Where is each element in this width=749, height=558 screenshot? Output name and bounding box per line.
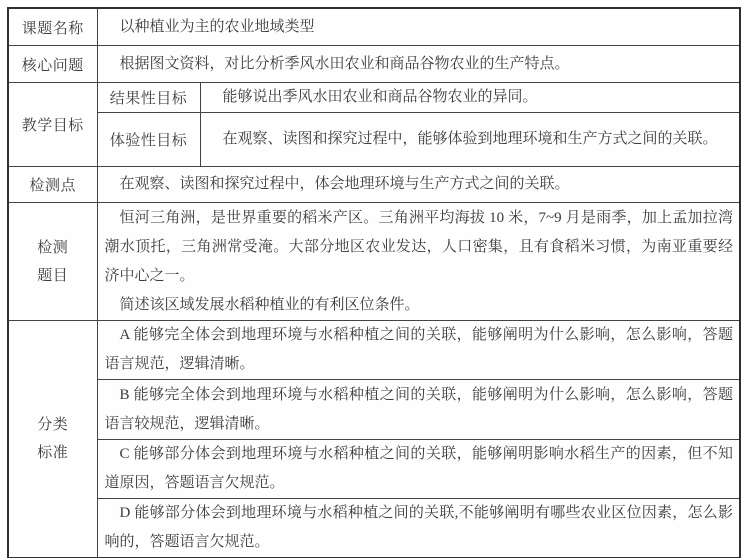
row-grade-c: C 能够部分体会到地理环境与水稻种植之间的关联，能够阐明影响水稻生产的因素，但不… bbox=[8, 440, 740, 499]
topic-content-cell: 以种植业为主的农业地域类型 bbox=[97, 8, 740, 46]
row-test-question: 检测 题目 恒河三角洲，是世界重要的稻米产区。三角洲平均海拔 10 米，7~9 … bbox=[8, 203, 740, 321]
grade-a-cell: A 能够完全体会到地理环境与水稻种植之间的关联，能够阐明为什么影响，怎么影响，答… bbox=[97, 321, 740, 380]
grading-label-line1: 分类 bbox=[11, 411, 95, 439]
outcome-goal-label: 结果性目标 bbox=[97, 83, 200, 113]
row-goal-experience: 体验性目标 在观察、读图和探究过程中，能够体验到地理环境和生产方式之间的关联。 bbox=[8, 113, 740, 167]
test-question-label: 检测 题目 bbox=[8, 203, 97, 321]
core-question-label: 核心问题 bbox=[8, 46, 97, 83]
row-topic: 课题名称 以种植业为主的农业地域类型 bbox=[8, 8, 740, 46]
check-point-label: 检测点 bbox=[8, 167, 97, 203]
grading-label-line2: 标准 bbox=[11, 439, 95, 467]
outcome-goal-content: 能够说出季风水田农业和商品谷物农业的异同。 bbox=[208, 83, 734, 112]
row-grade-d: D 能够部分体会到地理环境与水稻种植之间的关联,不能够阐明有哪些农业区位因素，怎… bbox=[8, 499, 740, 558]
teaching-goals-label: 教学目标 bbox=[8, 83, 97, 167]
core-question-content-cell: 根据图文资料，对比分析季风水田农业和商品谷物农业的生产特点。 bbox=[97, 46, 740, 83]
grade-b-cell: B 能够完全体会到地理环境与水稻种植之间的关联，能够阐明为什么影响，怎么影响，答… bbox=[97, 380, 740, 440]
test-question-paragraph1: 恒河三角洲，是世界重要的稻米产区。三角洲平均海拔 10 米，7~9 月是雨季，加… bbox=[105, 204, 734, 291]
row-grade-a: 分类 标准 A 能够完全体会到地理环境与水稻种植之间的关联，能够阐明为什么影响，… bbox=[8, 321, 740, 380]
outcome-goal-content-cell: 能够说出季风水田农业和商品谷物农业的异同。 bbox=[200, 83, 740, 113]
test-question-content-cell: 恒河三角洲，是世界重要的稻米产区。三角洲平均海拔 10 米，7~9 月是雨季，加… bbox=[97, 203, 740, 321]
grading-label: 分类 标准 bbox=[8, 321, 97, 558]
document-page: 课题名称 以种植业为主的农业地域类型 核心问题 根据图文资料，对比分析季风水田农… bbox=[0, 0, 749, 558]
test-question-label-line1: 检测 bbox=[11, 234, 95, 262]
test-question-paragraph2: 简述该区域发展水稻种植业的有利区位条件。 bbox=[105, 291, 734, 320]
experience-goal-content-cell: 在观察、读图和探究过程中，能够体验到地理环境和生产方式之间的关联。 bbox=[200, 113, 740, 167]
grade-a-text: A 能够完全体会到地理环境与水稻种植之间的关联，能够阐明为什么影响，怎么影响，答… bbox=[105, 321, 734, 379]
lesson-plan-table: 课题名称 以种植业为主的农业地域类型 核心问题 根据图文资料，对比分析季风水田农… bbox=[7, 7, 741, 558]
topic-content: 以种植业为主的农业地域类型 bbox=[105, 13, 734, 42]
test-question-label-line2: 题目 bbox=[11, 262, 95, 290]
row-core-question: 核心问题 根据图文资料，对比分析季风水田农业和商品谷物农业的生产特点。 bbox=[8, 46, 740, 83]
grade-d-text: D 能够部分体会到地理环境与水稻种植之间的关联,不能够阐明有哪些农业区位因素，怎… bbox=[105, 499, 734, 557]
experience-goal-content: 在观察、读图和探究过程中，能够体验到地理环境和生产方式之间的关联。 bbox=[208, 126, 734, 153]
core-question-content: 根据图文资料，对比分析季风水田农业和商品谷物农业的生产特点。 bbox=[105, 50, 734, 79]
row-grade-b: B 能够完全体会到地理环境与水稻种植之间的关联，能够阐明为什么影响，怎么影响，答… bbox=[8, 380, 740, 440]
grade-d-cell: D 能够部分体会到地理环境与水稻种植之间的关联,不能够阐明有哪些农业区位因素，怎… bbox=[97, 499, 740, 558]
grade-b-text: B 能够完全体会到地理环境与水稻种植之间的关联，能够阐明为什么影响，怎么影响，答… bbox=[105, 381, 734, 439]
experience-goal-label: 体验性目标 bbox=[97, 113, 200, 167]
row-check-point: 检测点 在观察、读图和探究过程中，体会地理环境与生产方式之间的关联。 bbox=[8, 167, 740, 203]
grade-c-cell: C 能够部分体会到地理环境与水稻种植之间的关联，能够阐明影响水稻生产的因素，但不… bbox=[97, 440, 740, 499]
grade-c-text: C 能够部分体会到地理环境与水稻种植之间的关联，能够阐明影响水稻生产的因素，但不… bbox=[105, 440, 734, 498]
check-point-content-cell: 在观察、读图和探究过程中，体会地理环境与生产方式之间的关联。 bbox=[97, 167, 740, 203]
row-goal-outcome: 教学目标 结果性目标 能够说出季风水田农业和商品谷物农业的异同。 bbox=[8, 83, 740, 113]
topic-label: 课题名称 bbox=[8, 8, 97, 46]
check-point-content: 在观察、读图和探究过程中，体会地理环境与生产方式之间的关联。 bbox=[105, 170, 734, 199]
